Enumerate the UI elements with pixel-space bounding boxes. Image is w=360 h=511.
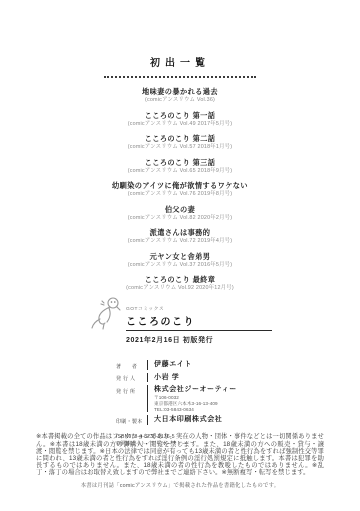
- entry-title: こころのこり 最終章: [0, 275, 360, 285]
- edition-date: 2021年2月16日 初版発行: [126, 335, 272, 345]
- colophon-row: 著 者 伊藤エイト: [116, 360, 272, 370]
- publication-entry: 派遣さんは事務的 (comicアンスリウム Vol.72 2019年4月号): [0, 228, 360, 245]
- imprint-label: GOTコミックス: [126, 305, 272, 312]
- entry-source: (comicアンスリウム Vol.37 2016年5月号): [0, 262, 360, 269]
- colophon-page: 初出一覧 地味妻の暴かれる過去 (comicアンスリウム Vol.36) こころ…: [0, 0, 360, 511]
- entry-source: (comicアンスリウム Vol.82 2020年2月号): [0, 215, 360, 222]
- publication-entry: 元ヤン女と舎弟男 (comicアンスリウム Vol.37 2016年5月号): [0, 252, 360, 269]
- publication-entry: 地味妻の暴かれる過去 (comicアンスリウム Vol.36): [0, 87, 360, 104]
- row-value: 大日本印刷株式会社: [154, 415, 222, 424]
- publication-entry: こころのこり 第三話 (comicアンスリウム Vol.65 2018年9月号): [0, 158, 360, 175]
- row-value: 株式会社ジーオーティー: [154, 385, 237, 394]
- entry-source: (comicアンスリウム Vol.72 2019年4月号): [0, 238, 360, 245]
- colophon-row: 印刷・製本 大日本印刷株式会社: [116, 415, 272, 425]
- row-label: 印刷・製本: [116, 415, 147, 425]
- row-value-column: 大日本印刷株式会社: [147, 415, 222, 425]
- colophon-row: 発 行 所 株式会社ジーオーティー 〒106-0032 東京都港区六本木3-16…: [116, 385, 272, 412]
- row-value: 伊藤エイト: [154, 360, 192, 369]
- entry-source: (comicアンスリウム Vol.65 2018年9月号): [0, 168, 360, 175]
- entry-title: 地味妻の暴かれる過去: [0, 87, 360, 97]
- entry-source: (comicアンスリウム Vol.57 2018年1月号): [0, 144, 360, 151]
- mascot-doodle-icon: [90, 295, 124, 331]
- first-publication-list: 地味妻の暴かれる過去 (comicアンスリウム Vol.36) こころのこり 第…: [0, 87, 360, 292]
- entry-title: こころのこり 第三話: [0, 158, 360, 168]
- first-publication-title: 初出一覧: [0, 54, 360, 69]
- entry-source: (comicアンスリウム Vol.36): [0, 97, 360, 104]
- legal-disclaimer: ※本書掲載の全ての作品はフィクションであり、実在の人物・団体・事件などとは一切関…: [36, 433, 324, 476]
- entry-source: (comicアンスリウム Vol.76 2019年8月号): [0, 191, 360, 198]
- serialization-note: 本書は月刊誌「comicアンスリウム」で掲載された作品を書籍化したものです。: [0, 481, 360, 489]
- row-value-column: 小岩 学: [147, 373, 179, 383]
- book-title: こころのこり: [126, 313, 272, 328]
- entry-title: こころのこり 第一話: [0, 111, 360, 121]
- row-sublines: 〒106-0032 東京都港区六本木3-16-13-409 TEL:03-584…: [154, 395, 237, 412]
- publication-entry: 幼馴染のアイツに俺が欲情するワケない (comicアンスリウム Vol.76 2…: [0, 181, 360, 198]
- publication-entry: 伯父の妻 (comicアンスリウム Vol.82 2020年2月号): [0, 205, 360, 222]
- row-value: 小岩 学: [154, 373, 179, 382]
- dotted-divider: [104, 76, 256, 78]
- row-label: 発 行 人: [116, 373, 147, 383]
- entry-title: 元ヤン女と舎弟男: [0, 252, 360, 262]
- colophon-header: GOTコミックス こころのこり: [90, 295, 272, 331]
- entry-title: こころのこり 第二話: [0, 134, 360, 144]
- entry-title: 派遣さんは事務的: [0, 228, 360, 238]
- row-value-column: 伊藤エイト: [147, 360, 192, 370]
- publication-entry: こころのこり 第二話 (comicアンスリウム Vol.57 2018年1月号): [0, 134, 360, 151]
- publication-entry: こころのこり 最終章 (comicアンスリウム Vol.92 2020年12月号…: [0, 275, 360, 292]
- entry-title: 幼馴染のアイツに俺が欲情するワケない: [0, 181, 360, 191]
- colophon-section: GOTコミックス こころのこり 2021年2月16日 初版発行 著 者 伊藤エイ…: [90, 295, 272, 448]
- entry-title: 伯父の妻: [0, 205, 360, 215]
- row-value-column: 株式会社ジーオーティー 〒106-0032 東京都港区六本木3-16-13-40…: [147, 385, 237, 412]
- row-label: 発 行 所: [116, 385, 147, 412]
- first-publication-section: 初出一覧 地味妻の暴かれる過去 (comicアンスリウム Vol.36) こころ…: [0, 54, 360, 299]
- colophon-title-block: GOTコミックス こころのこり: [126, 305, 272, 331]
- colophon-row: 発 行 人 小岩 学: [116, 373, 272, 383]
- entry-source: (comicアンスリウム Vol.49 2017年5月号): [0, 121, 360, 128]
- row-label: 著 者: [116, 360, 147, 370]
- entry-source: (comicアンスリウム Vol.92 2020年12月号): [0, 285, 360, 292]
- publication-entry: こころのこり 第一話 (comicアンスリウム Vol.49 2017年5月号): [0, 111, 360, 128]
- colophon-rows: 著 者 伊藤エイト 発 行 人 小岩 学 発 行 所: [116, 360, 272, 425]
